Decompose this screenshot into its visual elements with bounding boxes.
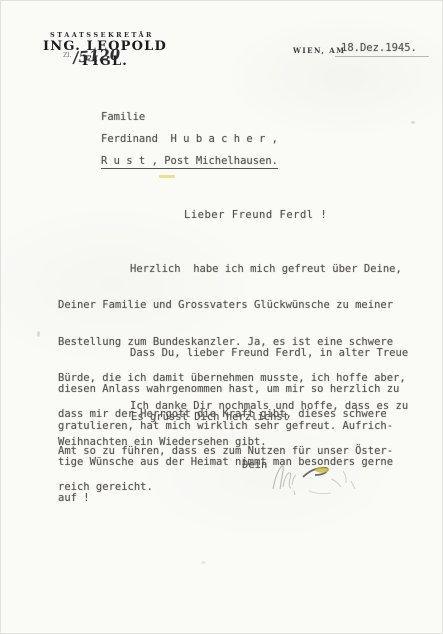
place-label: WIEN, AM [293, 46, 345, 55]
letter-line: Deiner Familie und Grossvaters Glückwüns… [58, 299, 403, 311]
recipient-family-line: Familie [101, 111, 145, 123]
recipient-place-line: R u s t , Post Michelhausen. [101, 155, 278, 169]
salutation: Lieber Freund Ferdl ! [184, 209, 327, 221]
letter-line: Dass Du, lieber Freund Ferdl, in alter T… [58, 347, 403, 359]
letter-line: Weihnachten ein Wiedersehen gibt. [58, 436, 403, 448]
letterhead-role: STAATSSEKRETÄR [47, 31, 157, 39]
file-number-handwritten: /5120 [72, 45, 120, 66]
recipient-name-line: Ferdinand H u b a c h e r , [101, 133, 278, 145]
letter-line: Herzlich habe ich mich gefreut über Dein… [58, 263, 403, 275]
scanned-letter-page: STAATSSEKRETÄR ING. LEOPOLD FIGL. Zl. /5… [0, 0, 443, 634]
handwritten-signature-icon [259, 451, 369, 505]
date-underline [335, 56, 429, 57]
scan-speck [411, 121, 415, 124]
closing-formula: Es grüsst Dich herzlichst [131, 411, 289, 423]
yellow-scan-artifact [159, 175, 175, 178]
scan-speck [37, 331, 40, 337]
date-value: 18.Dez.1945. [341, 42, 417, 54]
scan-speck [201, 561, 206, 564]
file-number-prefix: Zl. [63, 51, 72, 59]
